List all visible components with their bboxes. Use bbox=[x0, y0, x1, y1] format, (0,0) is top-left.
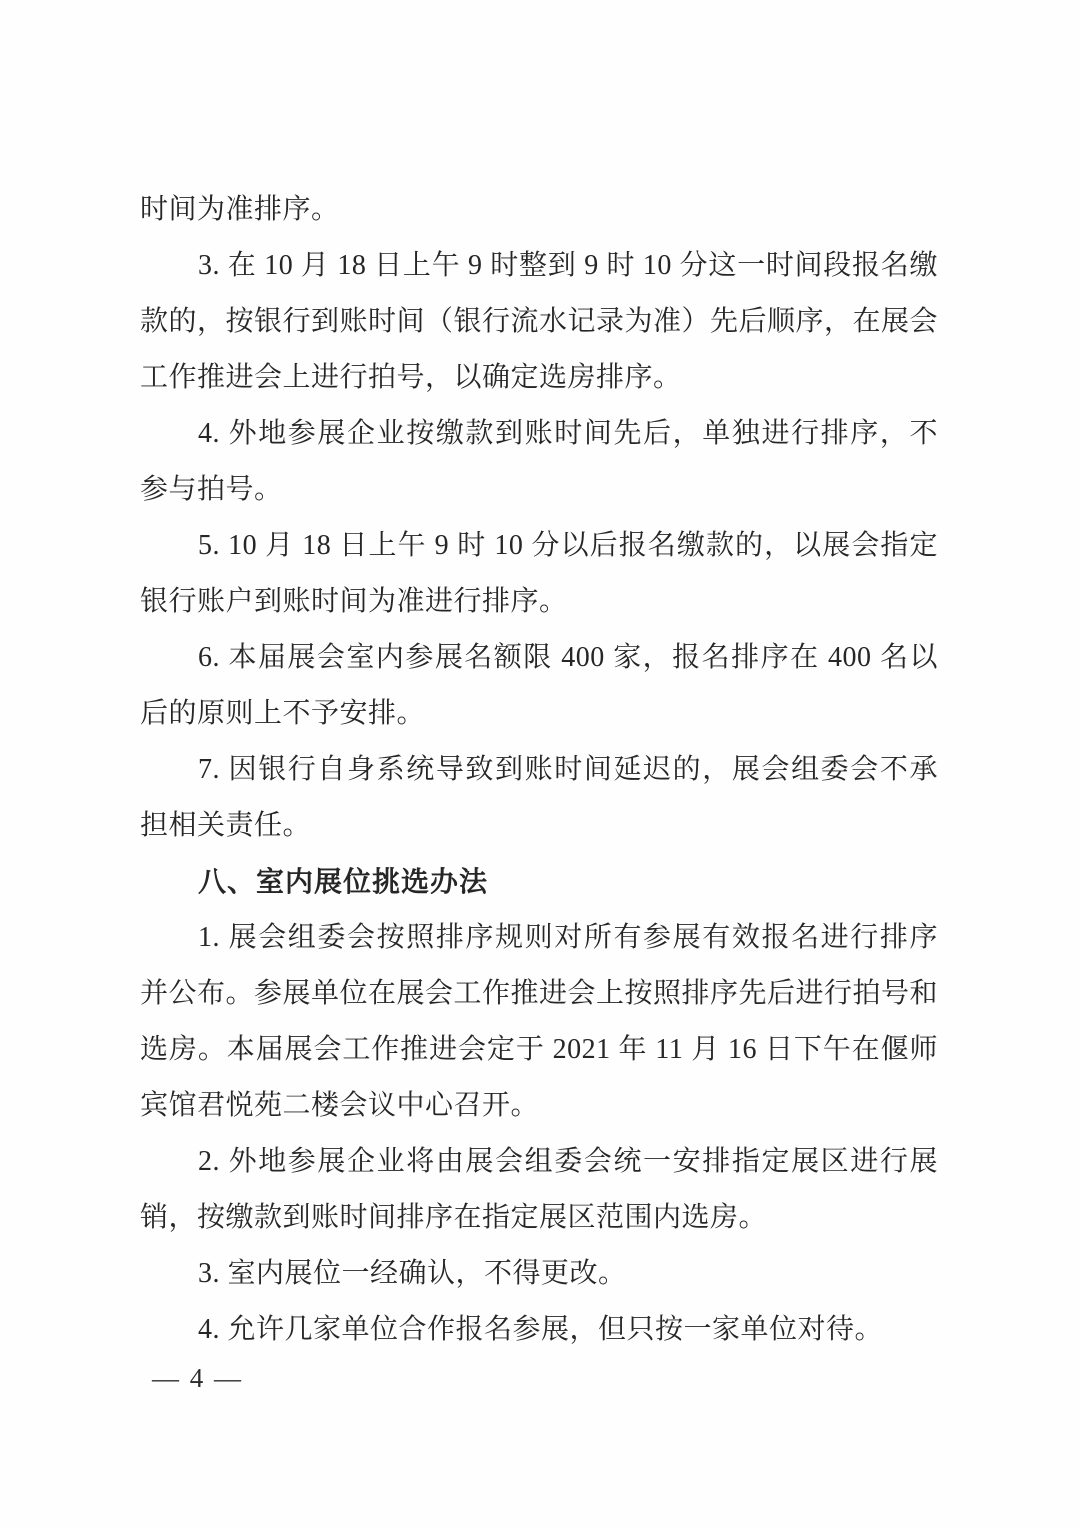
text-line: 选房。本届展会工作推进会定于 2021 年 11 月 16 日下午在偃师 bbox=[140, 1022, 938, 1078]
page-number: — 4 — bbox=[152, 1362, 243, 1394]
text-line: 5. 10 月 18 日上午 9 时 10 分以后报名缴款的，以展会指定 bbox=[140, 518, 938, 574]
text-line: 4. 允许几家单位合作报名参展，但只按一家单位对待。 bbox=[140, 1302, 938, 1358]
text-line: 销，按缴款到账时间排序在指定展区范围内选房。 bbox=[140, 1190, 938, 1246]
text-line: 并公布。参展单位在展会工作推进会上按照排序先后进行拍号和 bbox=[140, 966, 938, 1022]
text-line: 参与拍号。 bbox=[140, 462, 938, 518]
text-line: 1. 展会组委会按照排序规则对所有参展有效报名进行排序 bbox=[140, 910, 938, 966]
text-line: 工作推进会上进行拍号，以确定选房排序。 bbox=[140, 350, 938, 406]
text-line: 2. 外地参展企业将由展会组委会统一安排指定展区进行展 bbox=[140, 1134, 938, 1190]
text-line: 3. 室内展位一经确认，不得更改。 bbox=[140, 1246, 938, 1302]
text-line: 银行账户到账时间为准进行排序。 bbox=[140, 574, 938, 630]
document-body: 时间为准排序。 3. 在 10 月 18 日上午 9 时整到 9 时 10 分这… bbox=[140, 182, 938, 1358]
text-line: 3. 在 10 月 18 日上午 9 时整到 9 时 10 分这一时间段报名缴 bbox=[140, 238, 938, 294]
text-line: 7. 因银行自身系统导致到账时间延迟的，展会组委会不承 bbox=[140, 742, 938, 798]
text-line: 宾馆君悦苑二楼会议中心召开。 bbox=[140, 1078, 938, 1134]
text-line: 4. 外地参展企业按缴款到账时间先后，单独进行排序，不 bbox=[140, 406, 938, 462]
text-line: 担相关责任。 bbox=[140, 798, 938, 854]
text-line: 6. 本届展会室内参展名额限 400 家，报名排序在 400 名以 bbox=[140, 630, 938, 686]
text-line: 时间为准排序。 bbox=[140, 182, 938, 238]
text-line: 后的原则上不予安排。 bbox=[140, 686, 938, 742]
section-heading: 八、室内展位挑选办法 bbox=[140, 854, 938, 910]
document-page: 时间为准排序。 3. 在 10 月 18 日上午 9 时整到 9 时 10 分这… bbox=[0, 0, 1080, 1528]
text-line: 款的，按银行到账时间（银行流水记录为准）先后顺序，在展会 bbox=[140, 294, 938, 350]
